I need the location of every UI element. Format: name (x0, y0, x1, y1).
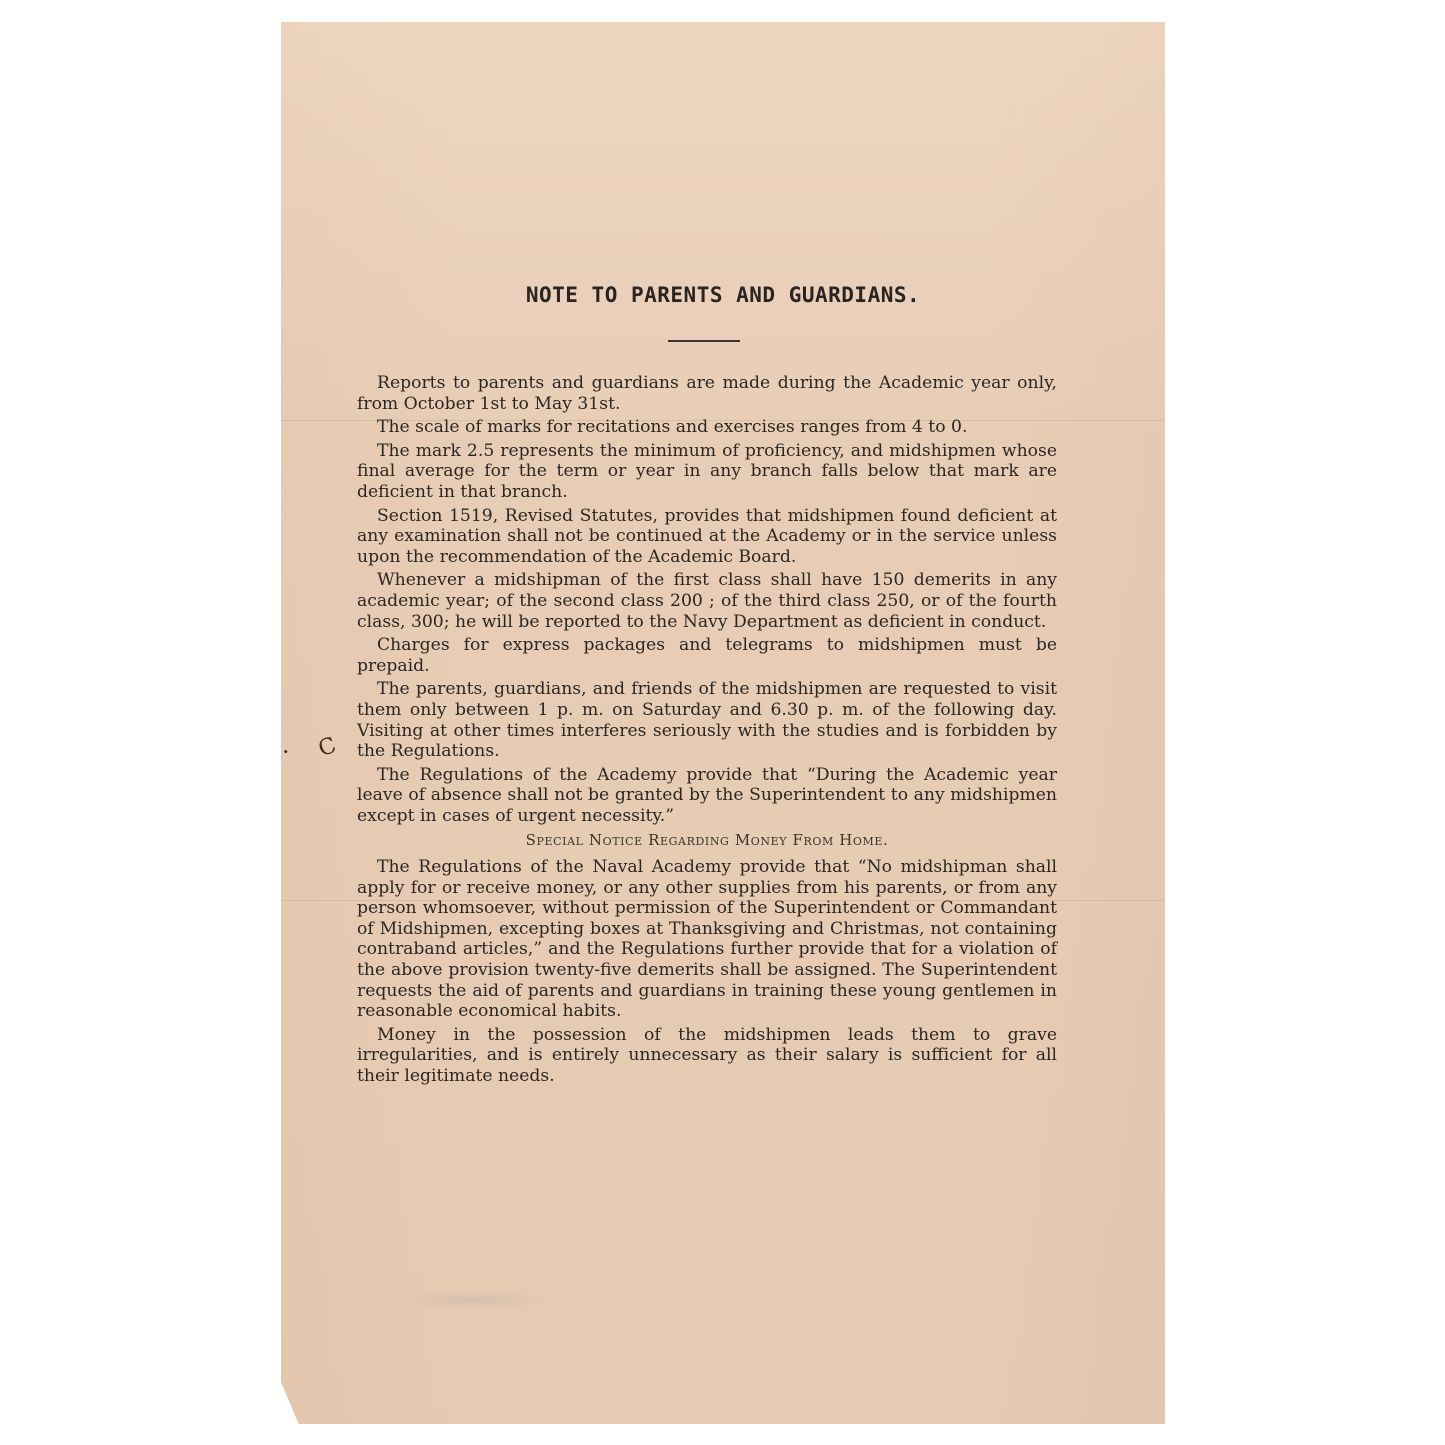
paragraph-scale: The scale of marks for recitations and e… (357, 417, 1057, 438)
document-title: NOTE TO PARENTS AND GUARDIANS. (281, 283, 1165, 307)
paragraph-money-possession: Money in the possession of the midshipme… (357, 1025, 1057, 1087)
special-notice-heading: Special Notice Regarding Money From Home… (357, 830, 1057, 851)
paragraph-charges: Charges for express packages and telegra… (357, 635, 1057, 676)
document-body: Reports to parents and guardians are mad… (357, 373, 1057, 1090)
paragraph-proficiency: The mark 2.5 represents the minimum of p… (357, 441, 1057, 503)
paragraph-demerits: Whenever a midshipman of the first class… (357, 570, 1057, 632)
margin-ink-mark: ․ (283, 738, 289, 757)
paragraph-section-1519: Section 1519, Revised Statutes, provides… (357, 506, 1057, 568)
paragraph-visiting: The parents, guardians, and friends of t… (357, 679, 1057, 761)
paragraph-leave: The Regulations of the Academy provide t… (357, 765, 1057, 827)
title-divider (668, 340, 740, 342)
paragraph-money-regulations: The Regulations of the Naval Academy pro… (357, 857, 1057, 1022)
paragraph-reports: Reports to parents and guardians are mad… (357, 373, 1057, 414)
faded-stamp (398, 1290, 548, 1310)
